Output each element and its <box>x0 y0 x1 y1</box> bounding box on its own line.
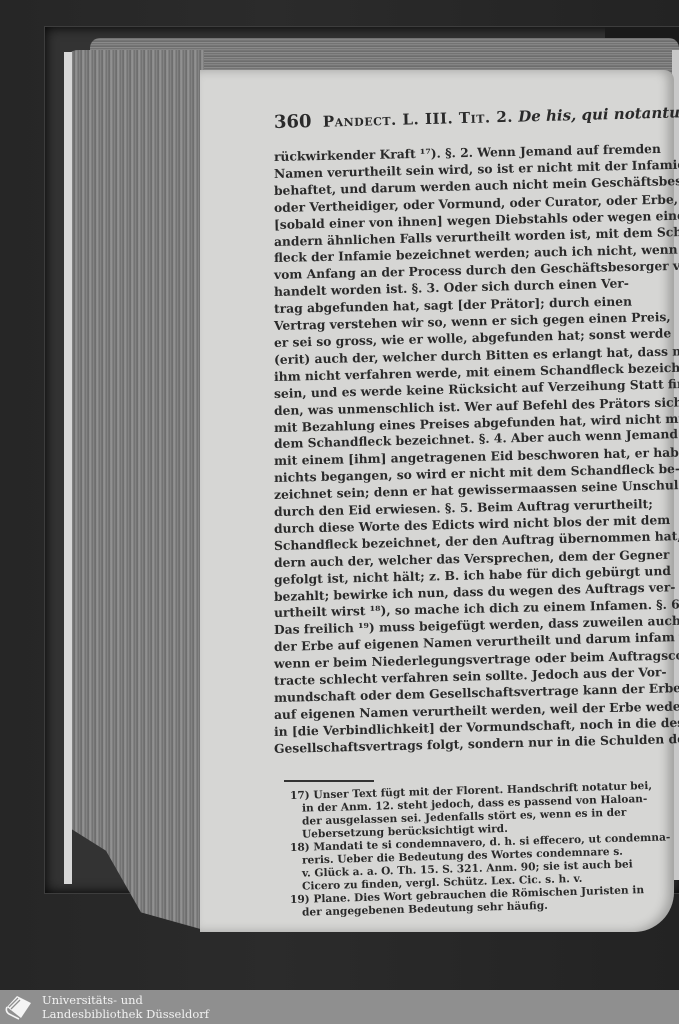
book-page: 360 Pandect. L. III. Tit. 2. De his, qui… <box>200 70 674 932</box>
book-logo-icon[interactable] <box>4 993 34 1021</box>
footnote-separator <box>284 780 374 782</box>
page-edge-highlight <box>64 52 72 884</box>
footnotes: 17) Unser Text fügt mit der Florent. Han… <box>274 790 666 920</box>
library-name[interactable]: Universitäts- und Landesbibliothek Düsse… <box>42 993 209 1021</box>
footnote-19: 19) Plane. Dies Wort gebrauchen die Römi… <box>290 894 666 920</box>
page-content: 360 Pandect. L. III. Tit. 2. De his, qui… <box>274 112 666 920</box>
library-footer: Universitäts- und Landesbibliothek Düsse… <box>0 990 679 1024</box>
page-edges-left <box>64 50 204 930</box>
running-head-title: De his, qui notantur infamia. <box>518 101 679 125</box>
page-number: 360 <box>274 111 312 133</box>
scan-viewport: 360 Pandect. L. III. Tit. 2. De his, qui… <box>0 0 679 990</box>
running-head-section: Pandect. L. III. Tit. 2. <box>323 108 514 131</box>
library-name-line2: Landesbibliothek Düsseldorf <box>42 1007 209 1021</box>
body-text: rückwirkender Kraft ¹⁷). §. 2. Wenn Jema… <box>274 149 666 758</box>
library-name-line1: Universitäts- und <box>42 993 209 1007</box>
running-head: 360 Pandect. L. III. Tit. 2. De his, qui… <box>274 102 666 133</box>
